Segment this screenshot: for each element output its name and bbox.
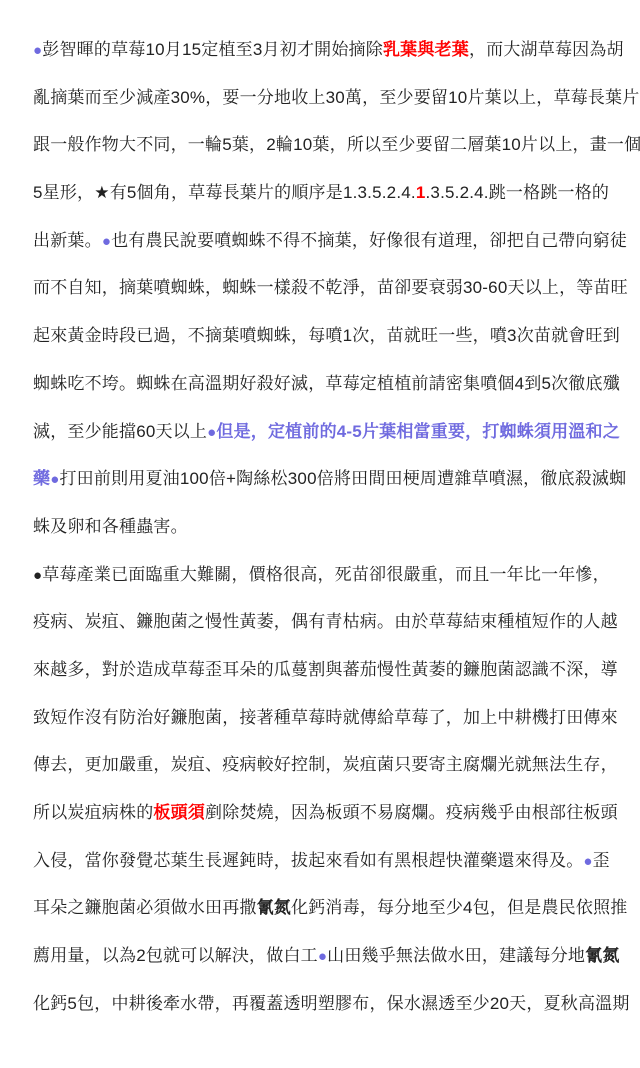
text-line: 薦用量，以為2包就可以解決，做白工●山田幾乎無法做水田，建議每分地氰氮	[33, 932, 622, 980]
highlight-red-text: 板頭須	[153, 803, 205, 822]
bullet-icon: ●	[102, 233, 111, 250]
text-run: 所以炭疽病株的	[33, 803, 153, 822]
text-run: 打田前則用夏油100倍+陶絲松300倍將田間田梗周遭雜草噴濕，徹底殺滅蜘	[59, 469, 626, 488]
text-line: 藥●打田前則用夏油100倍+陶絲松300倍將田間田梗周遭雜草噴濕，徹底殺滅蜘	[33, 455, 622, 503]
text-line: 入侵，當你發覺芯葉生長遲鈍時，拔起來看如有黑根趕快灌藥還來得及。●歪	[33, 837, 622, 885]
text-run: 傳去，更加嚴重，炭疽、疫病較好控制，炭疽菌只要寄主腐爛光就無法生存，	[33, 755, 618, 774]
text-run: 疫病、炭疽、鐮胞菌之慢性黃萎，偶有青枯病。由於草莓結束種植短作的人越	[33, 612, 618, 631]
text-run: 耳朵之鐮胞菌必須做水田再撒	[33, 898, 257, 917]
text-line: 疫病、炭疽、鐮胞菌之慢性黃萎，偶有青枯病。由於草莓結束種植短作的人越	[33, 598, 622, 646]
text-run: 化鈣消毒，每分地至少4包，但是農民依照推	[291, 898, 627, 917]
bullet-icon: ●	[33, 42, 42, 59]
text-run: 草莓產業已面臨重大難關，價格很高，死苗卻很嚴重，而且一年比一年慘，	[42, 565, 610, 584]
text-run: 5星形，★有5個角，草莓長葉片的順序是1.3.5.2.4.	[33, 183, 416, 202]
highlight-blue-text: 藥	[33, 469, 50, 488]
document-page: ●彭智暉的草莓10月15定植至3月初才開始摘除乳葉與老葉，而大湖草莓因為胡亂摘葉…	[0, 0, 640, 1068]
text-run: 滅，至少能擋60天以上	[33, 422, 207, 441]
bullet-icon: ●	[33, 567, 42, 584]
text-run: 來越多，對於造成草莓歪耳朵的瓜蔓割與蕃茄慢性黃萎的鐮胞菌認識不深，導	[33, 660, 618, 679]
text-run: 跟一般作物大不同，一輪5葉，2輪10葉，所以至少要留二層葉10片以上，畫一個	[33, 135, 640, 154]
text-line: 耳朵之鐮胞菌必須做水田再撒氰氮化鈣消毒，每分地至少4包，但是農民依照推	[33, 884, 622, 932]
text-line: ●彭智暉的草莓10月15定植至3月初才開始摘除乳葉與老葉，而大湖草莓因為胡	[33, 26, 622, 74]
text-line: 滅，至少能擋60天以上●但是，定植前的4-5片葉相當重要，打蜘蛛須用溫和之	[33, 408, 622, 456]
text-line: 而不自知，摘葉噴蜘蛛，蜘蛛一樣殺不乾淨，苗卻要衰弱30-60天以上，等苗旺	[33, 264, 622, 312]
highlight-blue-text: 但是，定植前的4-5片葉相當重要，打蜘蛛須用溫和之	[216, 422, 620, 441]
text-line: 傳去，更加嚴重，炭疽、疫病較好控制，炭疽菌只要寄主腐爛光就無法生存，	[33, 741, 622, 789]
text-line: 來越多，對於造成草莓歪耳朵的瓜蔓割與蕃茄慢性黃萎的鐮胞菌認識不深，導	[33, 646, 622, 694]
text-line: 起來黃金時段已過，不摘葉噴蜘蛛，每噴1次，苗就旺一些，噴3次苗就會旺到	[33, 312, 622, 360]
text-run: 化鈣5包，中耕後牽水帶，再覆蓋透明塑膠布，保水濕透至少20天，夏秋高溫期	[33, 994, 630, 1013]
text-run: ，而大湖草莓因為胡	[469, 40, 624, 59]
text-line: 蛛及卵和各種蟲害。	[33, 503, 622, 551]
text-line: 亂摘葉而至少減產30%，要一分地收上30萬，至少要留10片葉以上，草莓長葉片	[33, 74, 622, 122]
text-line: 蜘蛛吃不垮。蜘蛛在高溫期好殺好滅，草莓定植植前請密集噴個4到5次徹底殲	[33, 360, 622, 408]
bold-text: 氰氮	[257, 898, 291, 917]
text-run: 而不自知，摘葉噴蜘蛛，蜘蛛一樣殺不乾淨，苗卻要衰弱30-60天以上，等苗旺	[33, 278, 628, 297]
text-line: 致短作沒有防治好鐮胞菌，接著種草莓時就傳給草莓了，加上中耕機打田傳來	[33, 694, 622, 742]
bullet-icon: ●	[207, 424, 216, 441]
text-run: 山田幾乎無法做水田，建議每分地	[327, 946, 585, 965]
article-text: ●彭智暉的草莓10月15定植至3月初才開始摘除乳葉與老葉，而大湖草莓因為胡亂摘葉…	[33, 26, 622, 1027]
text-line: 出新葉。●也有農民說要噴蜘蛛不得不摘葉，好像很有道理，卻把自己帶向窮徒	[33, 217, 622, 265]
text-line: 跟一般作物大不同，一輪5葉，2輪10葉，所以至少要留二層葉10片以上，畫一個	[33, 121, 622, 169]
text-run: 亂摘葉而至少減產30%，要一分地收上30萬，至少要留10片葉以上，草莓長葉片	[33, 88, 639, 107]
text-run: 歪	[593, 851, 610, 870]
text-run: 剷除焚燒，因為板頭不易腐爛。疫病幾乎由根部往板頭	[205, 803, 618, 822]
bullet-icon: ●	[583, 853, 592, 870]
text-run: 彭智暉的草莓10月15定植至3月初才開始摘除	[42, 40, 383, 59]
text-line: 5星形，★有5個角，草莓長葉片的順序是1.3.5.2.4.1.3.5.2.4.跳…	[33, 169, 622, 217]
bold-text: 氰氮	[585, 946, 619, 965]
text-run: 蜘蛛吃不垮。蜘蛛在高溫期好殺好滅，草莓定植植前請密集噴個4到5次徹底殲	[33, 374, 620, 393]
text-run: .3.5.2.4.跳一格跳一格的	[426, 183, 610, 202]
highlight-red-text: 乳葉與老葉	[383, 40, 469, 59]
text-line: 化鈣5包，中耕後牽水帶，再覆蓋透明塑膠布，保水濕透至少20天，夏秋高溫期	[33, 980, 622, 1028]
text-run: 出新葉。	[33, 231, 102, 250]
bullet-icon: ●	[318, 948, 327, 965]
text-run: 致短作沒有防治好鐮胞菌，接著種草莓時就傳給草莓了，加上中耕機打田傳來	[33, 708, 618, 727]
text-run: 入侵，當你發覺芯葉生長遲鈍時，拔起來看如有黑根趕快灌藥還來得及。	[33, 851, 583, 870]
text-line: 所以炭疽病株的板頭須剷除焚燒，因為板頭不易腐爛。疫病幾乎由根部往板頭	[33, 789, 622, 837]
text-run: 蛛及卵和各種蟲害。	[33, 517, 188, 536]
text-run: 起來黃金時段已過，不摘葉噴蜘蛛，每噴1次，苗就旺一些，噴3次苗就會旺到	[33, 326, 620, 345]
text-run: 薦用量，以為2包就可以解決，做白工	[33, 946, 318, 965]
text-line: ●草莓產業已面臨重大難關，價格很高，死苗卻很嚴重，而且一年比一年慘，	[33, 551, 622, 599]
text-run: 也有農民說要噴蜘蛛不得不摘葉，好像很有道理，卻把自己帶向窮徒	[111, 231, 627, 250]
highlight-red-text: 1	[416, 183, 426, 202]
